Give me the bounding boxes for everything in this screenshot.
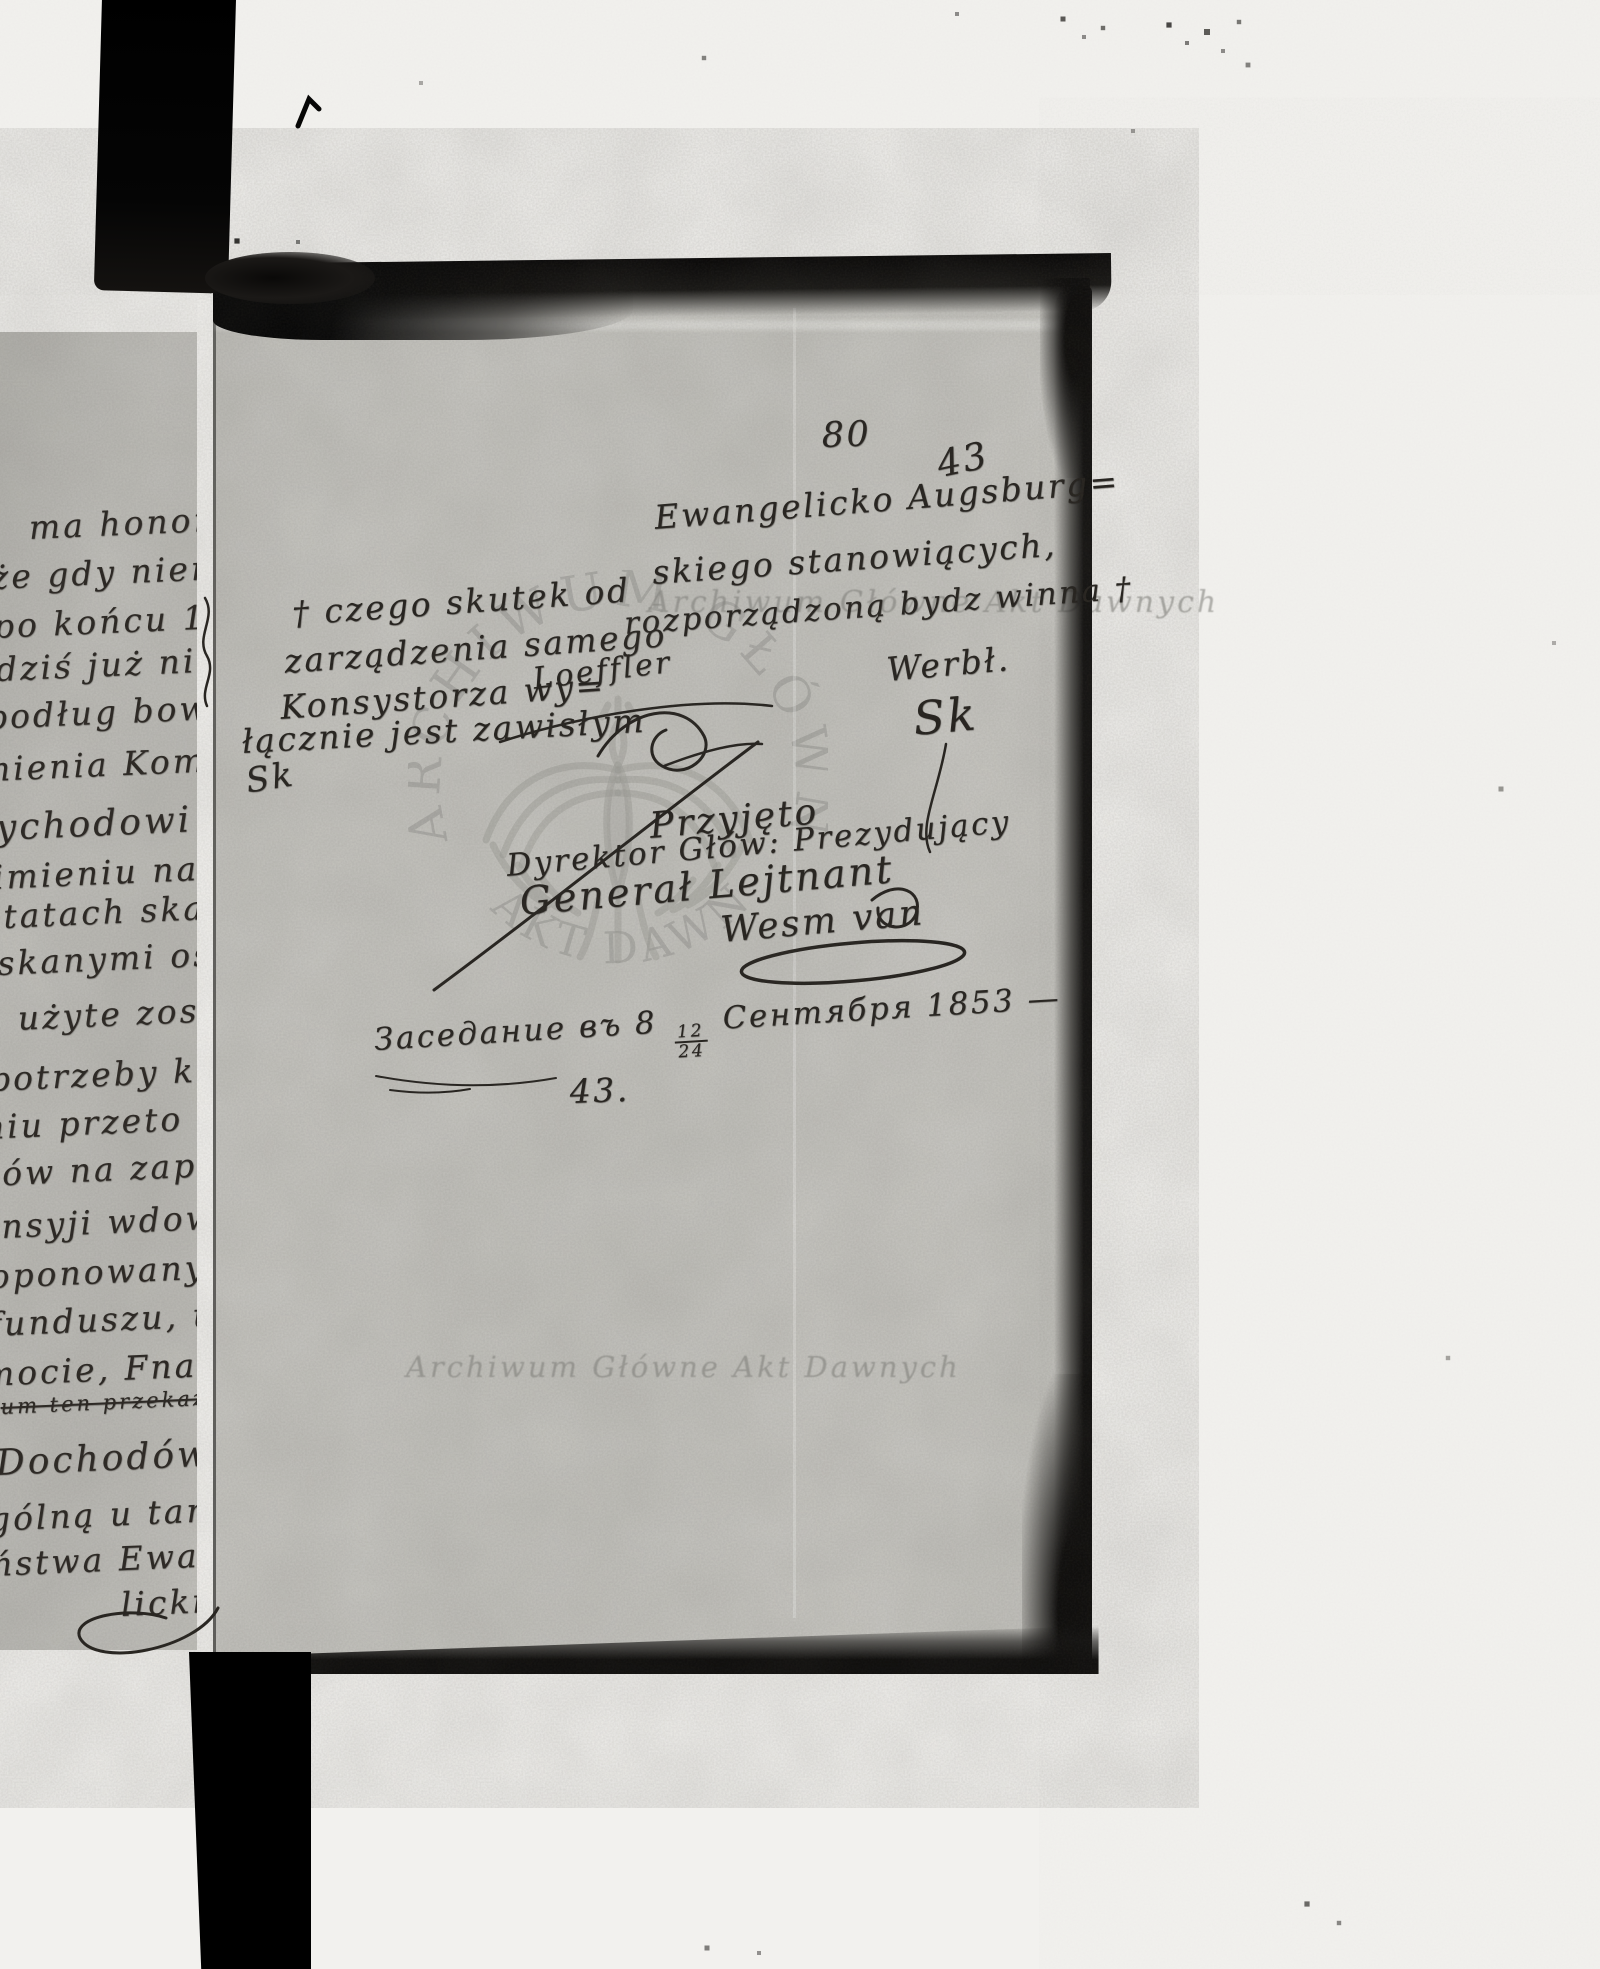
handwritten-line: gólną u tamośc xyxy=(0,1487,197,1539)
watermark-text-bottom: Archiwum Główne Akt Dawnych xyxy=(406,1350,961,1384)
main-page: Archiwum Główne Akt Dawnych Archiwum Głó… xyxy=(213,268,1088,1668)
handwritten-line: yskanymi oszczę xyxy=(0,931,197,984)
page-number: 80 xyxy=(821,414,872,456)
book-gutter xyxy=(197,300,213,1665)
handwritten-line: niu przeto sta xyxy=(0,1096,197,1147)
page-right-edge-shadow-top xyxy=(1040,278,1090,478)
date-prefix: Заседание въ 8 xyxy=(373,1005,658,1058)
handwritten-line: nienia Komisyj xyxy=(0,737,197,788)
handwritten-line: , użyte zostały xyxy=(0,988,197,1039)
left-page-fragment: ma honor że gdy nienow po końcu 1852, dz… xyxy=(0,332,197,1650)
handwritten-line: lickie xyxy=(120,1580,197,1624)
fraction-denominator: 24 xyxy=(678,1042,706,1062)
date-fraction: 1224 xyxy=(674,1022,709,1062)
handwritten-line: ństwa Ewange xyxy=(0,1533,197,1584)
signature: Werbł. xyxy=(885,639,1012,689)
session-number: 43. xyxy=(569,1070,630,1111)
check-mark xyxy=(298,99,319,126)
film-strip-top xyxy=(94,0,236,294)
handwritten-line: funduszu, użyt xyxy=(0,1293,197,1344)
handwritten-line: roponowany prz xyxy=(0,1244,197,1297)
page-bottom-edge xyxy=(244,1626,1099,1674)
handwritten-line: ychodowi skar xyxy=(0,795,197,849)
signature-initials: Sk xyxy=(911,686,980,745)
handwritten-line: potrzeby kraju xyxy=(0,1048,197,1099)
signature-initials: Sk xyxy=(243,754,298,801)
handwritten-line: po końcu 1852, xyxy=(0,594,197,646)
handwritten-line: ensyji wdowy xyxy=(0,1197,197,1247)
handwritten-line: że gdy nienow xyxy=(0,546,197,597)
handwritten-line: tów na zapobie xyxy=(0,1142,197,1194)
dust-specks xyxy=(0,0,2,2)
film-strip-bottom xyxy=(189,1652,311,1969)
document-scan: ma honor że gdy nienow po końcu 1852, dz… xyxy=(0,0,1600,1969)
handwritten-line: dziś już nie xyxy=(0,640,197,689)
handwritten-line: ma honor xyxy=(28,500,197,547)
handwritten-line: Dochodów od fun= xyxy=(0,1426,197,1484)
handwritten-line: mocie, Fnazywta xyxy=(0,1341,197,1394)
handwritten-line: podług bowiem xyxy=(0,685,197,737)
binding-shadow-blob xyxy=(205,252,375,304)
